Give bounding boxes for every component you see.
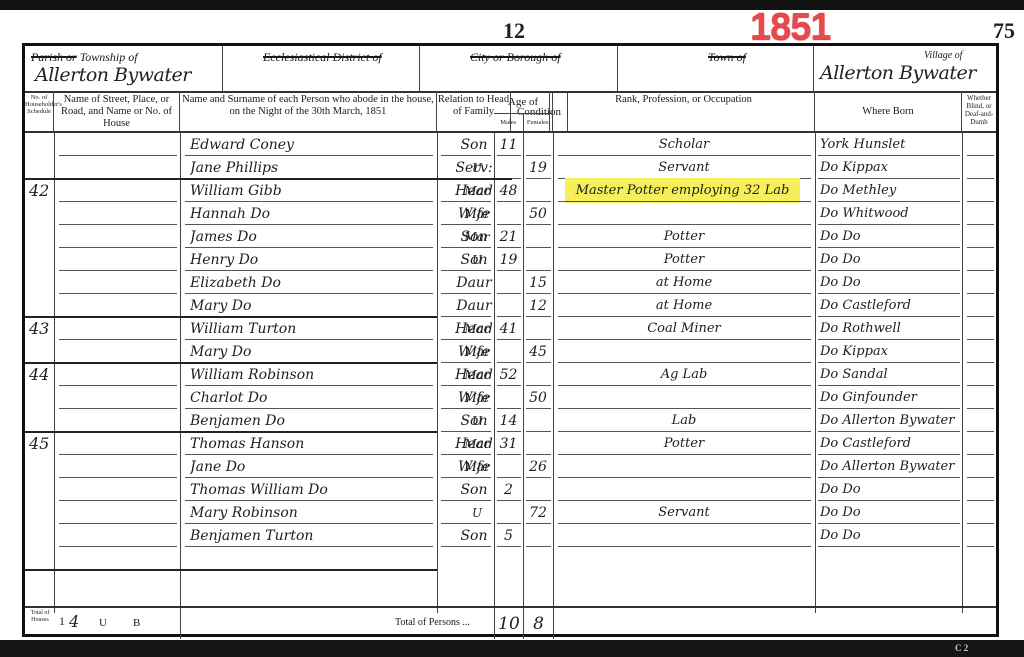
female-age: [523, 526, 553, 546]
col-age-label: Age of: [494, 91, 552, 114]
census-row: Mary Robinson U 72 Servant Do Do: [25, 501, 996, 524]
where-born: Do Kippax: [820, 342, 960, 362]
household-divider: [437, 178, 512, 180]
female-age: [523, 181, 553, 201]
person-name: Jane Phillips: [190, 158, 435, 178]
person-name: Charlot Do: [190, 388, 435, 408]
where-born: Do Do: [820, 273, 960, 293]
female-age: [523, 411, 553, 431]
total-persons-label: Total of Persons ...: [395, 617, 470, 628]
schedule-number: [29, 526, 53, 546]
male-age: [494, 296, 523, 316]
male-age: [494, 204, 523, 224]
person-name: Elizabeth Do: [190, 273, 435, 293]
condition: Mar: [460, 204, 494, 224]
schedule-number: [29, 250, 53, 270]
census-row: Mary Do Wife Mar 45 Do Kippax: [25, 340, 996, 363]
person-name: Hannah Do: [190, 204, 435, 224]
col-schedule: No. of Householder's Schedule: [25, 91, 54, 133]
building-label: B: [133, 617, 140, 629]
male-age: [494, 503, 523, 523]
condition: U: [460, 411, 494, 431]
schedule-number: [29, 457, 53, 477]
uninhabited-label: U: [99, 617, 107, 629]
male-age: 11: [494, 135, 523, 155]
condition: U: [460, 503, 494, 523]
person-name: Edward Coney: [190, 135, 435, 155]
condition: Mar: [460, 388, 494, 408]
occupation: Servant: [555, 503, 813, 523]
parish-value: Allerton Bywater: [35, 64, 191, 86]
person-name: Benjamen Turton: [190, 526, 435, 546]
where-born: Do Allerton Bywater: [820, 411, 960, 431]
household-divider: [25, 362, 437, 364]
male-age: 21: [494, 227, 523, 247]
town-label: Town of: [708, 50, 746, 65]
parish-label-struck: Parish or: [31, 50, 77, 64]
total-females: 8: [524, 614, 553, 634]
where-born: Do Castleford: [820, 296, 960, 316]
condition: Mar: [460, 181, 494, 201]
female-age: 50: [523, 204, 553, 224]
female-age: 72: [523, 503, 553, 523]
schedule-number: 45: [29, 434, 53, 454]
occupation: Lab: [555, 411, 813, 431]
col-occupation: Rank, Profession, or Occupation: [553, 91, 815, 133]
person-name: Mary Do: [190, 296, 435, 316]
occupation: at Home: [555, 296, 813, 316]
occupation: Potter: [555, 250, 813, 270]
person-name: Mary Do: [190, 342, 435, 362]
city-borough-cell: City or Borough of: [420, 46, 618, 91]
occupation: [555, 480, 813, 500]
occupation: Ag Lab: [555, 365, 813, 385]
male-age: [494, 342, 523, 362]
female-age: [523, 365, 553, 385]
person-name: William Robinson: [190, 365, 435, 385]
condition: [460, 296, 494, 316]
condition: [460, 480, 494, 500]
col-blind-deaf: Whether Blind, or Deaf-and-Dumb: [962, 91, 996, 133]
person-name: William Gibb: [190, 181, 435, 201]
male-age: [494, 388, 523, 408]
male-age: 19: [494, 250, 523, 270]
totals-row: Total of Houses 1 4 U B Total of Persons…: [25, 606, 996, 639]
town-cell: Town of: [618, 46, 814, 91]
location-header: Parish or Township of Allerton Bywater E…: [25, 46, 996, 93]
schedule-number: 42: [29, 181, 53, 201]
census-row: 43 William Turton Head Mar 41 Coal Miner…: [25, 317, 996, 340]
census-row: Thomas William Do Son 2 Do Do: [25, 478, 996, 501]
female-age: [523, 480, 553, 500]
person-name: Thomas Hanson: [190, 434, 435, 454]
ecclesiastical-district-cell: Ecclesiastical District of: [223, 46, 420, 91]
male-age: 2: [494, 480, 523, 500]
condition: Mar: [460, 457, 494, 477]
schedule-number: [29, 296, 53, 316]
col-street: Name of Street, Place, or Road, and Name…: [54, 91, 180, 133]
schedule-number: 44: [29, 365, 53, 385]
occupation: Potter: [555, 434, 813, 454]
census-row: 42 William Gibb Head Mar 48 Master Potte…: [25, 179, 996, 202]
occupation: [555, 342, 813, 362]
where-born: York Hunslet: [820, 135, 960, 155]
occupation: [555, 388, 813, 408]
census-row: Elizabeth Do Daur 15 at Home Do Do: [25, 271, 996, 294]
where-born: Do Castleford: [820, 434, 960, 454]
census-rows: Edward Coney Son 11 Scholar York Hunslet…: [25, 133, 996, 608]
parish-label: Township of: [80, 50, 138, 64]
col-where-born: Where Born: [815, 91, 962, 133]
person-name: William Turton: [190, 319, 435, 339]
person-name: Mary Robinson: [190, 503, 435, 523]
condition: [460, 273, 494, 293]
census-row: Hannah Do Wife Mar 50 Do Whitwood: [25, 202, 996, 225]
where-born: Do Do: [820, 526, 960, 546]
female-age: 50: [523, 388, 553, 408]
occupation: Potter: [555, 227, 813, 247]
male-age: 31: [494, 434, 523, 454]
schedule-number: [29, 158, 53, 178]
col-name: Name and Surname of each Person who abod…: [180, 91, 437, 133]
schedule-number: [29, 273, 53, 293]
census-row: Edward Coney Son 11 Scholar York Hunslet: [25, 133, 996, 156]
condition: Mar: [460, 342, 494, 362]
where-born: Do Whitwood: [820, 204, 960, 224]
village-label: Village of: [924, 50, 962, 61]
person-name: Benjamen Do: [190, 411, 435, 431]
total-houses-value: 4: [69, 612, 79, 632]
where-born: Do Do: [820, 480, 960, 500]
schedule-number: [29, 135, 53, 155]
female-age: [523, 434, 553, 454]
census-row: Benjamen Do Son U 14 Lab Do Allerton Byw…: [25, 409, 996, 432]
parish-cell: Parish or Township of Allerton Bywater: [25, 46, 223, 91]
village-cell: Village of Allerton Bywater: [814, 46, 996, 91]
scan-top-edge: [0, 0, 1024, 10]
male-age: 5: [494, 526, 523, 546]
occupation: at Home: [555, 273, 813, 293]
female-age: 26: [523, 457, 553, 477]
schedule-number: [29, 411, 53, 431]
census-row: Charlot Do Wife Mar 50 Do Ginfounder: [25, 386, 996, 409]
schedule-number: 43: [29, 319, 53, 339]
male-age: 52: [494, 365, 523, 385]
census-row: James Do Son Mar 21 Potter Do Do: [25, 225, 996, 248]
male-age: 41: [494, 319, 523, 339]
col-age-females: Females: [524, 114, 553, 132]
schedule-number: [29, 388, 53, 408]
female-age: [523, 135, 553, 155]
total-houses-label: Total of Houses: [27, 610, 53, 624]
census-row: Henry Do Son U 19 Potter Do Do: [25, 248, 996, 271]
census-row: 45 Thomas Hanson Head Mar 31 Potter Do C…: [25, 432, 996, 455]
person-name: Thomas William Do: [190, 480, 435, 500]
where-born: Do Do: [820, 227, 960, 247]
census-row: 44 William Robinson Head Mar 52 Ag Lab D…: [25, 363, 996, 386]
occupation: Master Potter employing 32 Lab: [565, 178, 800, 203]
condition: [460, 526, 494, 546]
person-name: Henry Do: [190, 250, 435, 270]
household-divider: [25, 178, 437, 180]
condition: Mar: [460, 365, 494, 385]
male-age: [494, 273, 523, 293]
schedule-number: [29, 503, 53, 523]
female-age: [523, 250, 553, 270]
where-born: Do Ginfounder: [820, 388, 960, 408]
female-age: 19: [523, 158, 553, 178]
male-age: [494, 158, 523, 178]
condition: U: [460, 250, 494, 270]
occupation: [555, 526, 813, 546]
census-row: Jane Phillips Serv: U 19 Servant Do Kipp…: [25, 156, 996, 179]
female-age: [523, 319, 553, 339]
occupation: [555, 204, 813, 224]
female-age: 15: [523, 273, 553, 293]
where-born: Do Allerton Bywater: [820, 457, 960, 477]
page-number: 75: [993, 18, 1015, 44]
schedule-number: [29, 227, 53, 247]
scan-bottom-edge: [0, 640, 1024, 657]
census-sheet: Parish or Township of Allerton Bywater E…: [22, 43, 999, 637]
census-row: Mary Do Daur 12 at Home Do Castleford: [25, 294, 996, 317]
condition: U: [460, 158, 494, 178]
folio-number: 12: [503, 18, 525, 44]
where-born: Do Do: [820, 250, 960, 270]
occupation: Scholar: [555, 135, 813, 155]
col-age-group: Age of Males Females: [494, 91, 553, 133]
female-age: 45: [523, 342, 553, 362]
where-born: Do Rothwell: [820, 319, 960, 339]
ecclesiastical-district-label: Ecclesiastical District of: [263, 50, 382, 65]
male-age: 48: [494, 181, 523, 201]
occupation: Coal Miner: [555, 319, 813, 339]
schedule-number: [29, 480, 53, 500]
occupation: Servant: [555, 158, 813, 178]
where-born: Do Do: [820, 503, 960, 523]
household-divider: [25, 569, 437, 571]
schedule-number: [29, 342, 53, 362]
condition: [460, 135, 494, 155]
schedule-number: [29, 204, 53, 224]
condition: Mar: [460, 319, 494, 339]
footer-code: C 2: [955, 643, 968, 653]
village-value: Allerton Bywater: [820, 62, 976, 84]
household-divider: [25, 316, 437, 318]
male-age: 14: [494, 411, 523, 431]
male-age: [494, 457, 523, 477]
condition: Mar: [460, 434, 494, 454]
condition: Mar: [460, 227, 494, 247]
where-born: Do Sandal: [820, 365, 960, 385]
total-males: 10: [495, 614, 523, 634]
occupation: [555, 457, 813, 477]
where-born: Do Kippax: [820, 158, 960, 178]
where-born: Do Methley: [820, 181, 960, 201]
person-name: James Do: [190, 227, 435, 247]
female-age: 12: [523, 296, 553, 316]
census-row: Benjamen Turton Son 5 Do Do: [25, 524, 996, 547]
census-row: Jane Do Wife Mar 26 Do Allerton Bywater: [25, 455, 996, 478]
city-borough-label: City or Borough of: [470, 50, 561, 65]
col-age-males: Males: [494, 114, 524, 132]
person-name: Jane Do: [190, 457, 435, 477]
household-divider: [25, 431, 437, 433]
female-age: [523, 227, 553, 247]
